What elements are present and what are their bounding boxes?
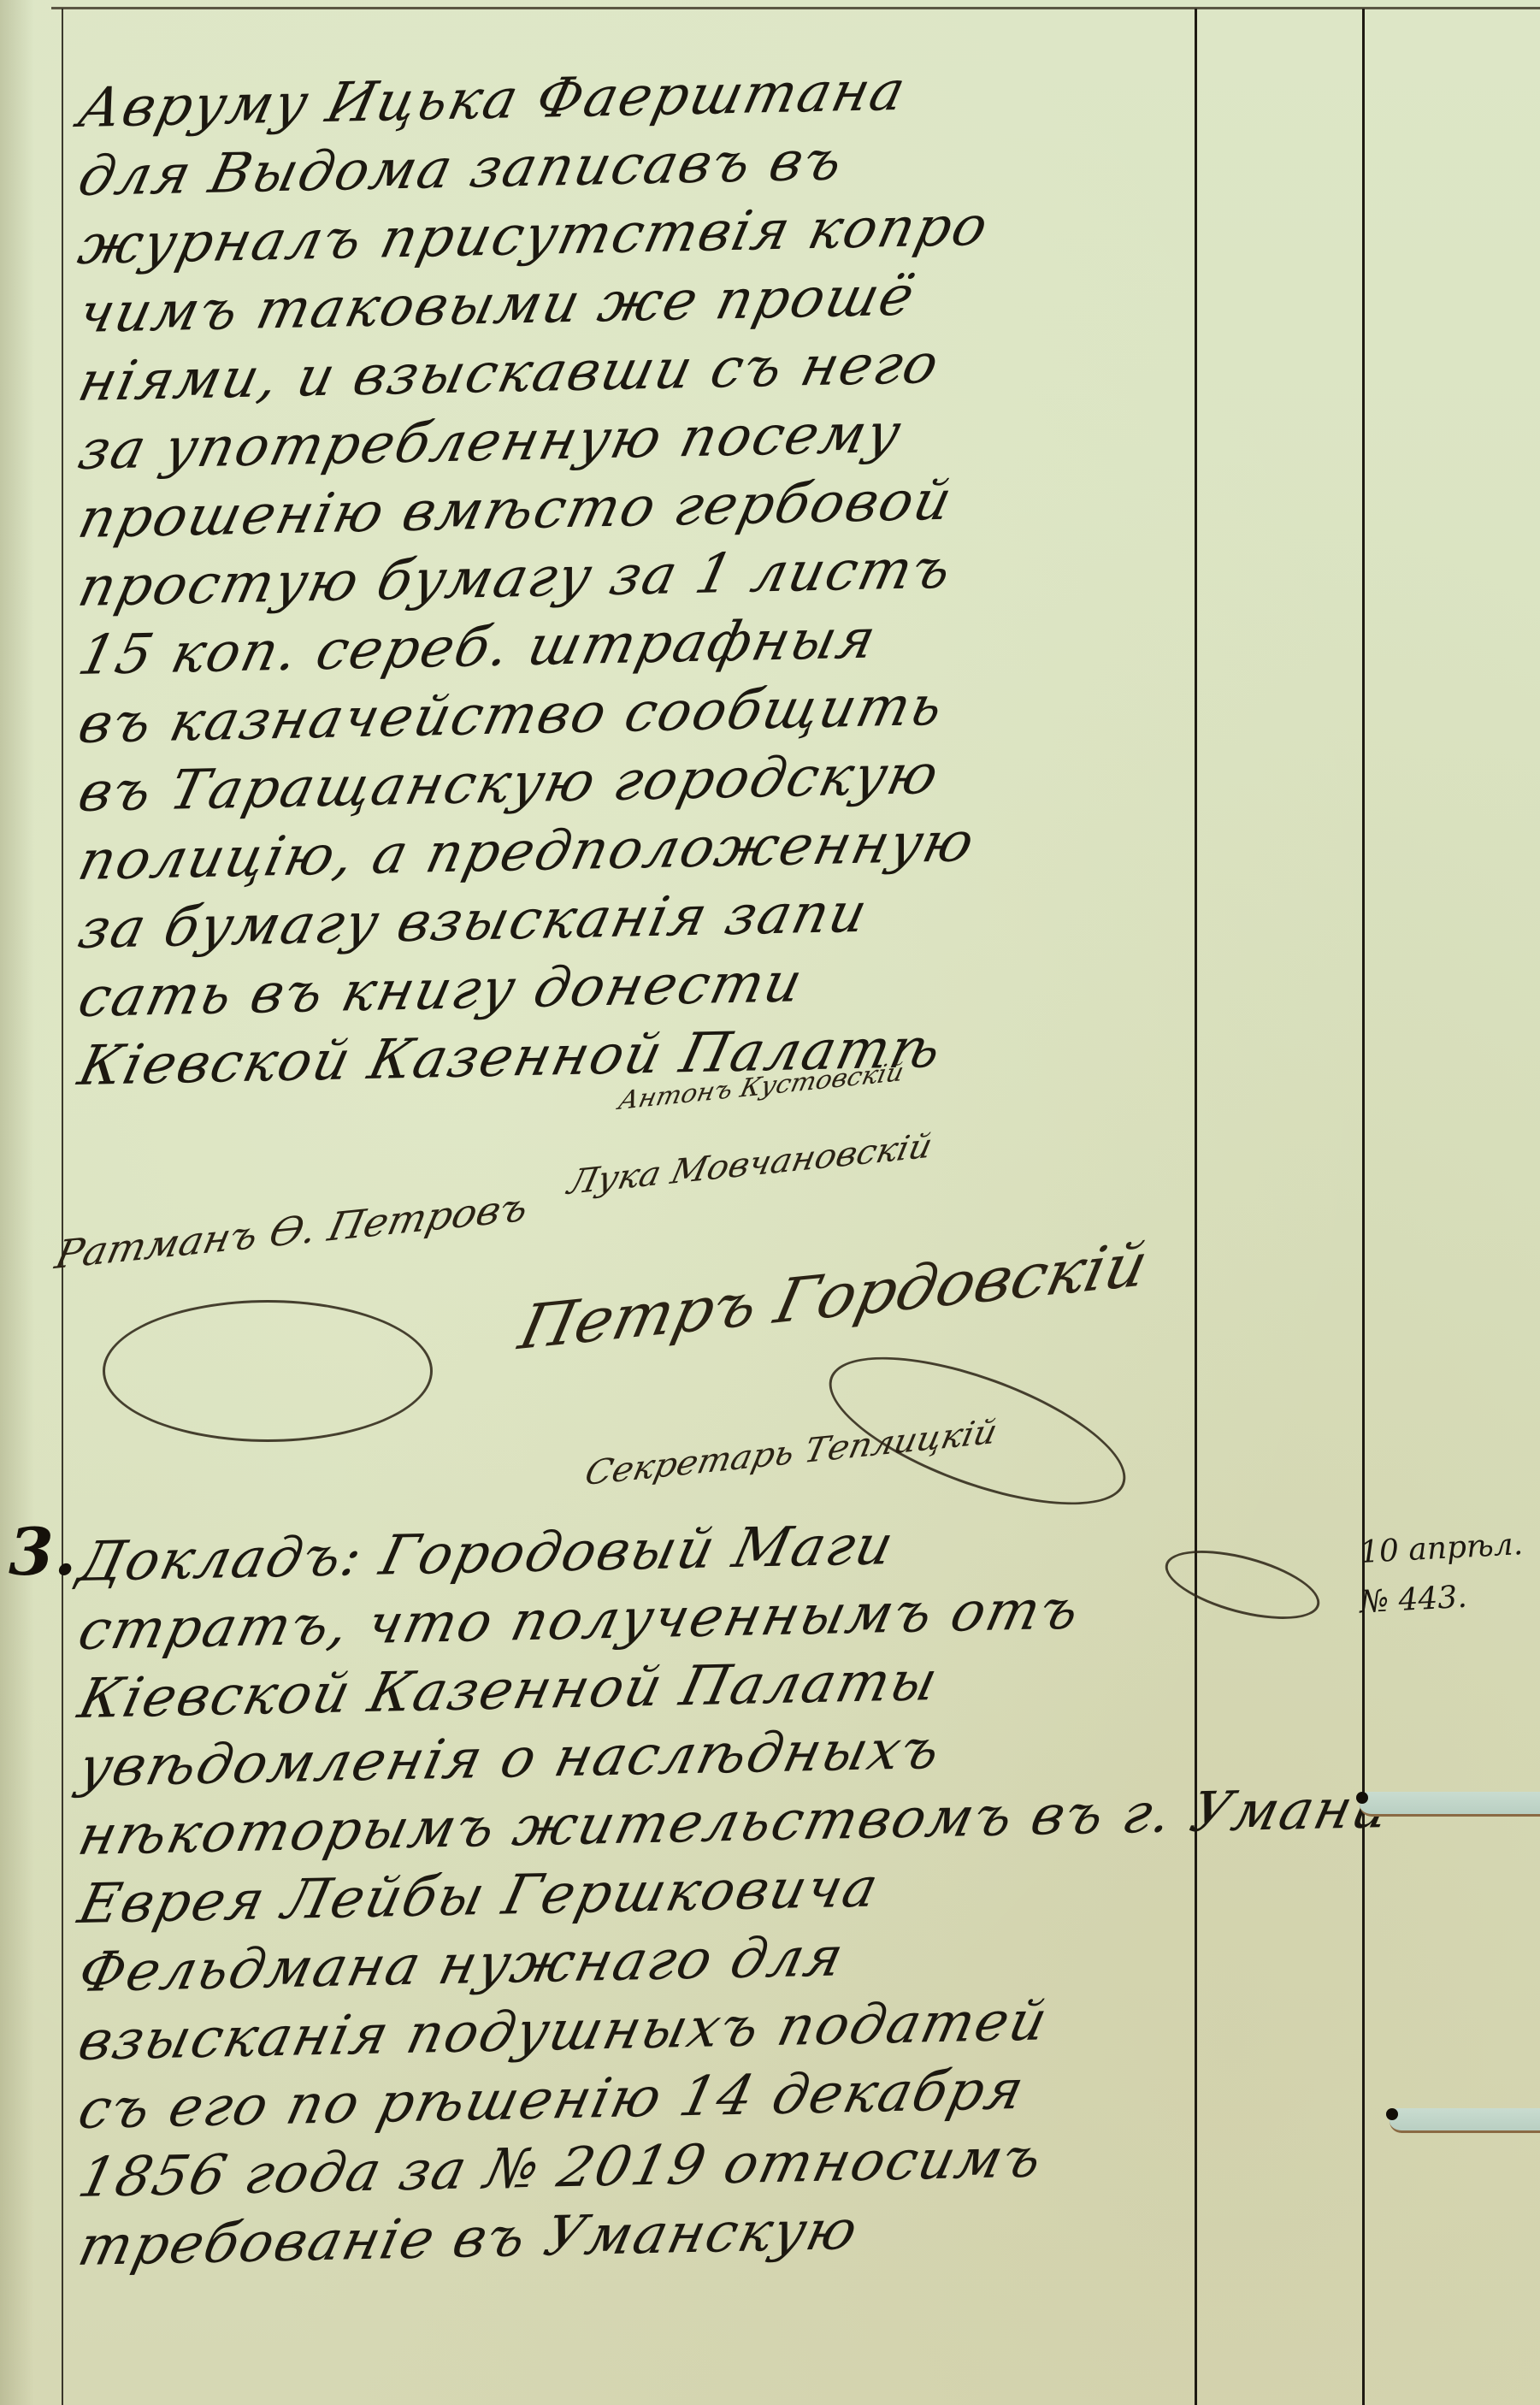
- margin-note-date: 10 апрѣл.: [1359, 1527, 1524, 1570]
- text-line: требованіе въ Уманскую: [73, 2199, 864, 2278]
- text-line: Кіевской Казенной Палаты: [73, 1650, 945, 1731]
- column-rule-date-right: [1362, 9, 1365, 2405]
- text-line: въ Таращанскую городскую: [73, 743, 946, 824]
- text-line: простую бумагу за 1 листъ: [73, 538, 959, 619]
- page-edge-shadow: [0, 0, 34, 2405]
- text-line: Докладъ: Городовый Маги: [73, 1514, 900, 1594]
- margin-note-number: № 443.: [1359, 1580, 1468, 1621]
- text-line: для Выдома записавъ въ: [73, 129, 850, 209]
- text-line: Еврея Лейбы Гершковича: [73, 1857, 885, 1936]
- text-line: въ казначейство сообщить: [73, 675, 950, 756]
- column-rule-main-right: [1195, 9, 1197, 2405]
- text-line: сать въ книгу донести: [73, 951, 810, 1030]
- text-line: за бумагу взысканія запи: [73, 882, 874, 961]
- text-line: увѣдомленія о наслѣдныхъ: [73, 1718, 947, 1799]
- text-line: Фельдмана нужнаго для: [73, 1925, 851, 2005]
- signature-flourish: [103, 1300, 433, 1442]
- signature-ratman: Ратманъ Ѳ. Петровъ: [51, 1184, 533, 1278]
- text-line: 15 коп. сереб. штрафныя: [73, 608, 882, 688]
- text-line: полицію, а предположенную: [73, 811, 982, 893]
- text-line: 1856 года за № 2019 относимъ: [73, 2127, 1049, 2210]
- text-line: чимъ таковыми же прошё: [73, 265, 922, 346]
- text-line: за употребленную посему: [73, 402, 908, 482]
- top-rule-line: [51, 7, 1540, 9]
- text-line: съ его по рѣшенію 14 декабря: [73, 2059, 1031, 2142]
- text-line: Авруму Ицька Фаерштана: [73, 60, 912, 140]
- entry-number: 3.: [9, 1514, 76, 1590]
- text-line: прошенію вмѣсто гербовой: [73, 470, 959, 551]
- signature-movchanovsky: Лука Мовчановскій: [564, 1126, 935, 1202]
- text-line: ніями, и взыскавши съ него: [73, 333, 946, 414]
- text-line: журналъ присутствія копро: [73, 195, 995, 277]
- binding-thread: [1360, 1792, 1540, 1817]
- signature-flourish: [1159, 1537, 1327, 1633]
- binding-thread: [1390, 2108, 1540, 2133]
- signature-gordovsky: Петръ Гордовскій: [513, 1228, 1154, 1363]
- left-margin-rule: [62, 9, 63, 2405]
- ledger-page: Авруму Ицька Фаерштана для Выдома записа…: [0, 0, 1540, 2405]
